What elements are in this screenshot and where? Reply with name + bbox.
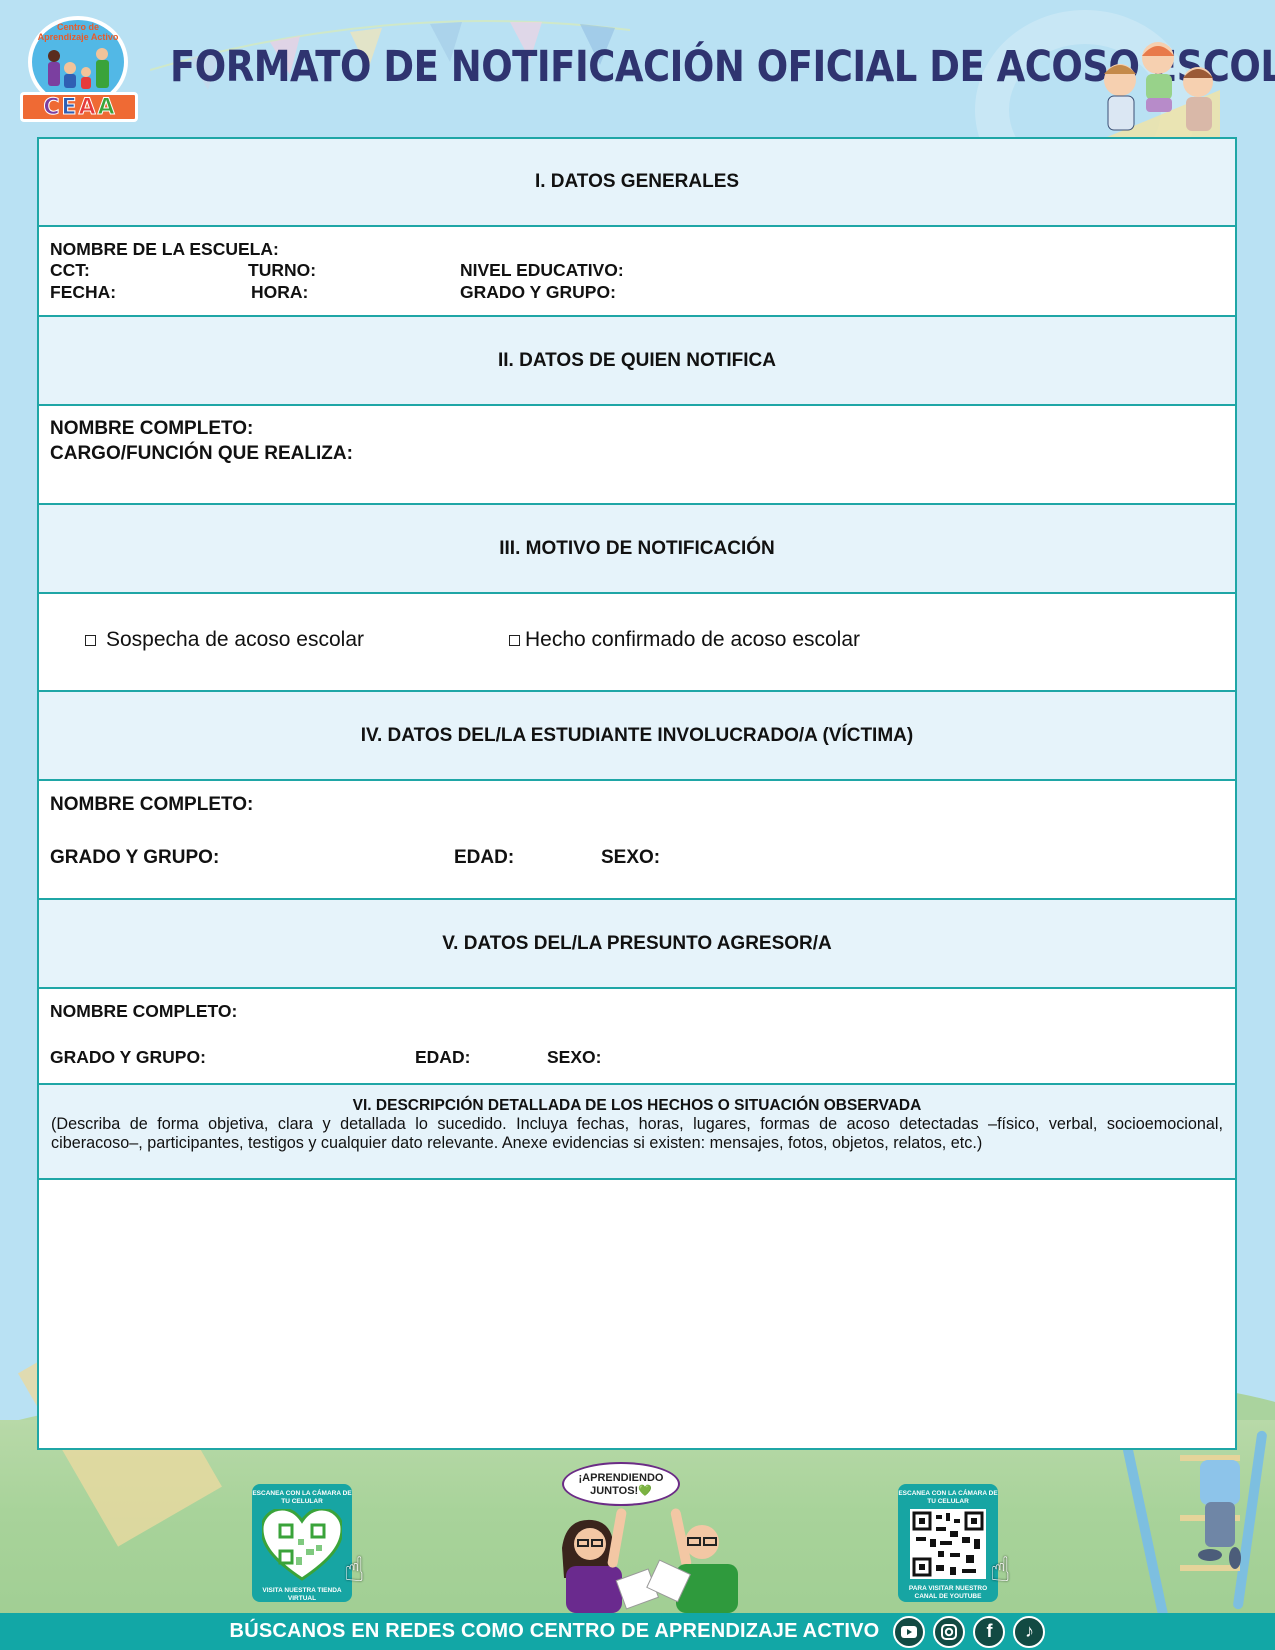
field-school-name[interactable]: NOMBRE DE LA ESCUELA: [50,239,279,260]
speech-bubble: ¡APRENDIENDO JUNTOS!💚 [562,1462,680,1506]
field-victim-age[interactable]: EDAD: [454,847,514,869]
qr-youtube-bottom-text: PARA VISITAR NUESTRO CANAL DE YOUTUBE [898,1585,998,1601]
field-aggressor-name[interactable]: NOMBRE COMPLETO: [50,1001,237,1022]
section-6-header: VI. DESCRIPCIÓN DETALLADA DE LOS HECHOS … [39,1085,1235,1180]
field-grado-grupo[interactable]: GRADO Y GRUPO: [460,282,616,303]
field-fecha[interactable]: FECHA: [50,282,116,303]
section-1-title: I. DATOS GENERALES [535,171,739,193]
section-1-header: I. DATOS GENERALES [39,139,1235,227]
logo-letter: A [79,95,96,120]
pointing-hand-icon: ☝ [344,1550,365,1590]
option-sospecha[interactable]: Sospecha de acoso escolar [85,628,364,652]
field-hora[interactable]: HORA: [251,282,308,303]
tiktok-icon[interactable]: ♪ [1013,1616,1045,1648]
section-6-instructions: (Describa de forma objetiva, clara y det… [51,1115,1223,1153]
heart-qr-code-icon[interactable] [262,1509,342,1581]
field-victim-grade[interactable]: GRADO Y GRUPO: [50,847,219,869]
footer-bar: BÚSCANOS EN REDES COMO CENTRO DE APRENDI… [0,1613,1275,1650]
checkbox[interactable] [85,635,96,646]
field-cct[interactable]: CCT: [50,260,90,281]
field-notifier-name[interactable]: NOMBRE COMPLETO: [50,418,253,440]
page-title: FORMATO DE NOTIFICACIÓN OFICIAL DE ACOSO… [170,42,1100,91]
option-label: Sospecha de acoso escolar [106,628,364,652]
section-3-body: Sospecha de acoso escolar Hecho confirma… [39,594,1235,692]
section-1-body: NOMBRE DE LA ESCUELA: CCT: TURNO: NIVEL … [39,227,1235,317]
checkbox[interactable] [509,635,520,646]
description-answer-area[interactable] [39,1180,1235,1448]
qr-card-store[interactable]: ESCANEA CON LA CÁMARA DE TU CELULAR VISI… [252,1484,352,1602]
logo-banner: C E A A [20,92,138,122]
field-notifier-role[interactable]: CARGO/FUNCIÓN QUE REALIZA: [50,443,353,465]
footer-social-text: BÚSCANOS EN REDES COMO CENTRO DE APRENDI… [230,1620,880,1643]
pointing-hand-icon: ☝ [990,1550,1011,1590]
section-5-title: V. DATOS DEL/LA PRESUNTO AGRESOR/A [442,933,832,955]
section-2-header: II. DATOS DE QUIEN NOTIFICA [39,317,1235,406]
ceaa-logo: Centro de Aprendizaje Activo C E A A [20,16,138,124]
qr-store-top-text: ESCANEA CON LA CÁMARA DE TU CELULAR [252,1490,352,1506]
qr-store-bottom-text: VISITA NUESTRA TIENDA VIRTUAL [252,1587,352,1603]
field-aggressor-grade[interactable]: GRADO Y GRUPO: [50,1047,206,1068]
section-4-body: NOMBRE COMPLETO: GRADO Y GRUPO: EDAD: SE… [39,781,1235,900]
logo-people-icon [44,46,114,96]
section-4-header: IV. DATOS DEL/LA ESTUDIANTE INVOLUCRADO/… [39,692,1235,781]
qr-youtube-top-text: ESCANEA CON LA CÁMARA DE TU CELULAR [898,1490,998,1506]
section-3-header: III. MOTIVO DE NOTIFICACIÓN [39,505,1235,594]
field-nivel-educativo[interactable]: NIVEL EDUCATIVO: [460,260,624,281]
option-hecho-confirmado[interactable]: Hecho confirmado de acoso escolar [509,628,860,652]
field-turno[interactable]: TURNO: [248,260,316,281]
teachers-high-five-illustration [552,1508,752,1613]
logo-letter: C [43,95,59,120]
kids-illustration [1080,30,1220,140]
qr-code-icon[interactable] [910,1509,986,1579]
qr-card-youtube[interactable]: ESCANEA CON LA CÁMARA DE TU CELULAR PARA… [898,1484,998,1602]
page-header: Centro de Aprendizaje Activo C E A A FOR… [0,0,1275,138]
logo-letter: A [98,95,115,120]
logo-letter: E [62,95,77,120]
facebook-icon[interactable]: f [973,1616,1005,1648]
youtube-icon[interactable] [893,1616,925,1648]
section-5-body: NOMBRE COMPLETO: GRADO Y GRUPO: EDAD: SE… [39,989,1235,1085]
section-4-title: IV. DATOS DEL/LA ESTUDIANTE INVOLUCRADO/… [361,725,913,747]
section-5-header: V. DATOS DEL/LA PRESUNTO AGRESOR/A [39,900,1235,989]
logo-arc-text: Centro de Aprendizaje Activo [34,22,122,42]
climbing-child-illustration [1150,1440,1270,1600]
field-aggressor-sex[interactable]: SEXO: [547,1047,601,1068]
field-victim-name[interactable]: NOMBRE COMPLETO: [50,794,253,816]
section-3-title: III. MOTIVO DE NOTIFICACIÓN [499,538,775,560]
notification-form: I. DATOS GENERALES NOMBRE DE LA ESCUELA:… [37,137,1237,1450]
section-2-body: NOMBRE COMPLETO: CARGO/FUNCIÓN QUE REALI… [39,406,1235,505]
field-victim-sex[interactable]: SEXO: [601,847,660,869]
option-label: Hecho confirmado de acoso escolar [525,628,860,652]
instagram-icon[interactable] [933,1616,965,1648]
field-aggressor-age[interactable]: EDAD: [415,1047,470,1068]
section-2-title: II. DATOS DE QUIEN NOTIFICA [498,350,776,372]
section-6-title: VI. DESCRIPCIÓN DETALLADA DE LOS HECHOS … [51,1097,1223,1115]
